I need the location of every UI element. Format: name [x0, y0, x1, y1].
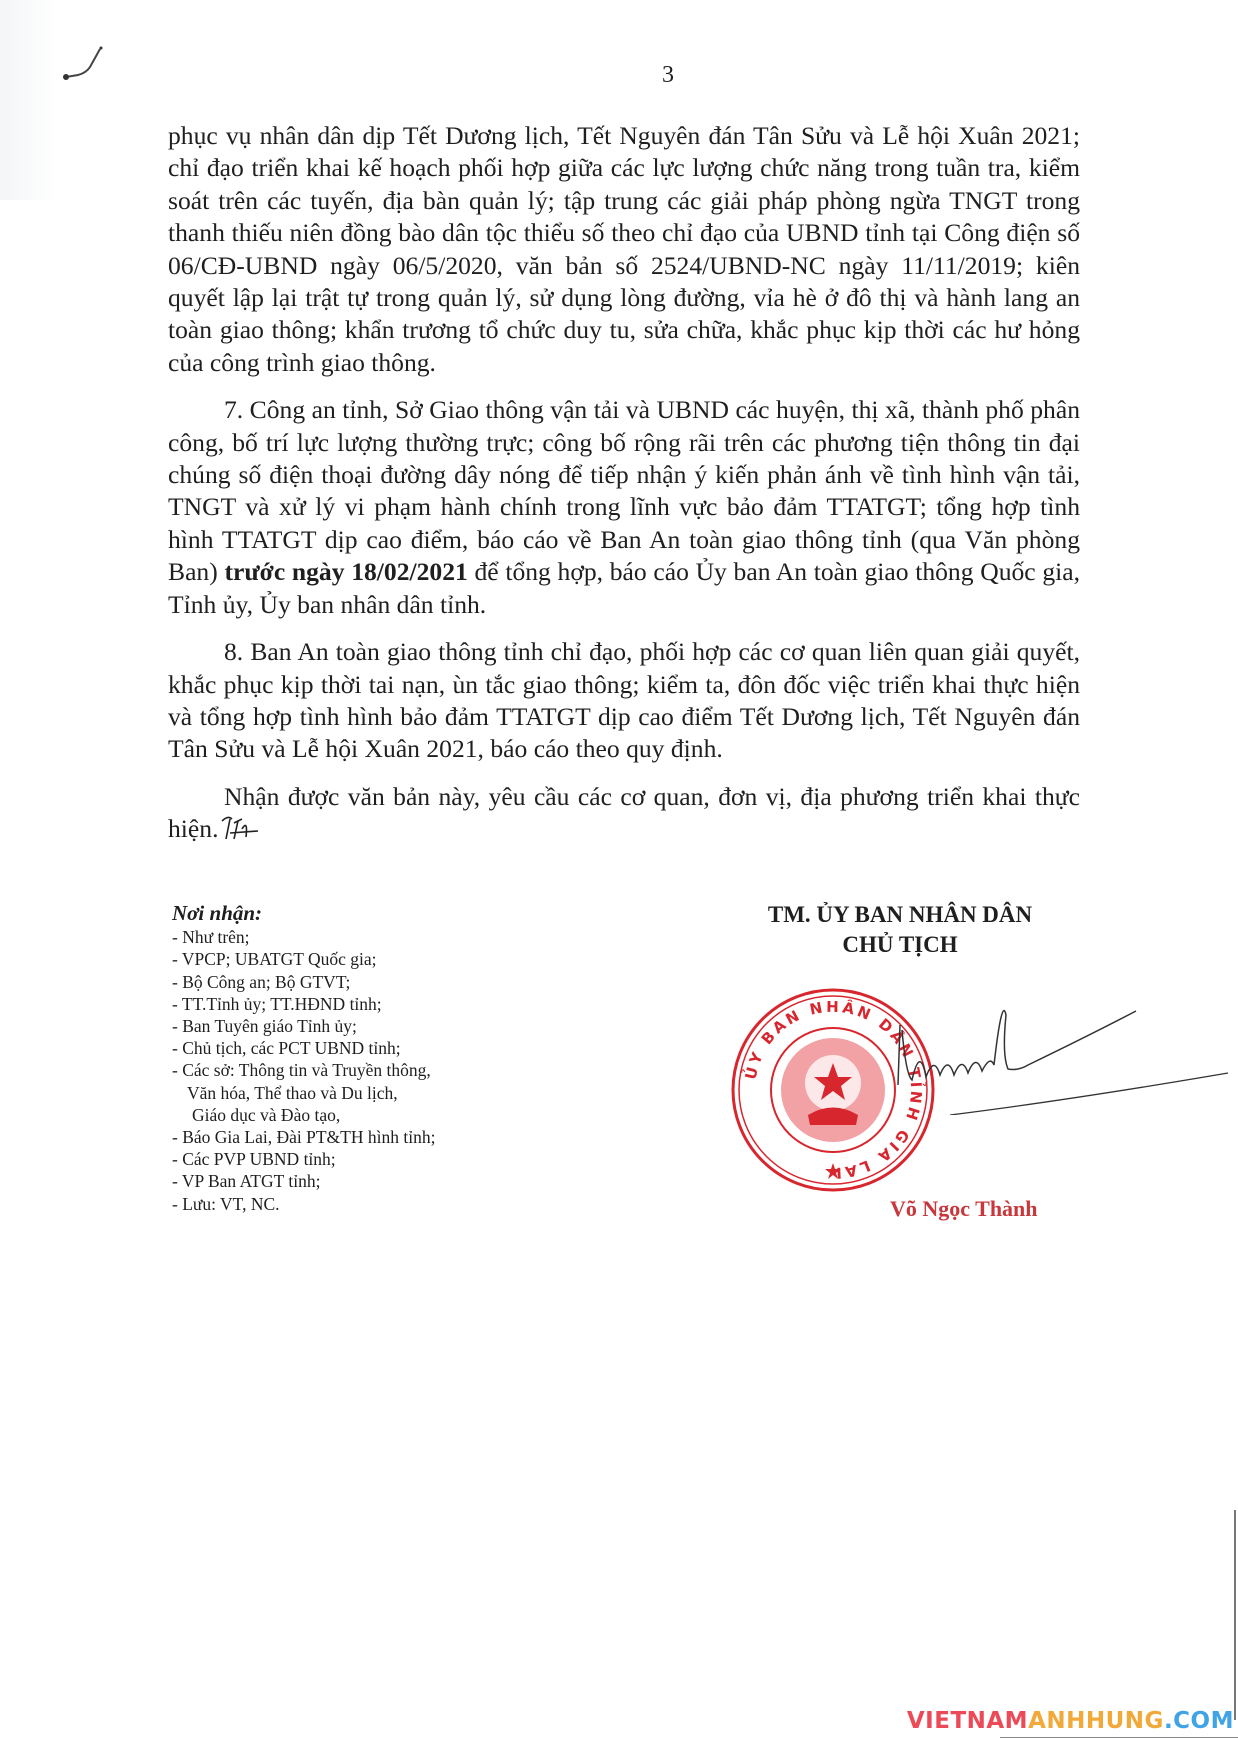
document-body: phục vụ nhân dân dịp Tết Dương lịch, Tết…	[168, 120, 1080, 846]
scan-edge	[1234, 1510, 1236, 1720]
paragraph-7: 7. Công an tỉnh, Sở Giao thông vận tải v…	[168, 394, 1080, 621]
signer-title: CHỦ TỊCH	[690, 930, 1110, 960]
recipient-item: - TT.Tỉnh ủy; TT.HĐND tỉnh;	[172, 993, 435, 1015]
paragraph-8: 8. Ban An toàn giao thông tỉnh chỉ đạo, …	[168, 636, 1080, 766]
scan-shadow	[0, 0, 60, 200]
recipients-title: Nơi nhận:	[172, 902, 435, 924]
recipient-item-continued: Văn hóa, Thể thao và Du lịch,	[172, 1082, 435, 1104]
recipient-item: - Ban Tuyên giáo Tỉnh ủy;	[172, 1015, 435, 1037]
scan-edge	[1000, 1737, 1238, 1738]
recipient-item: - Báo Gia Lai, Đài PT&TH hình tỉnh;	[172, 1126, 435, 1148]
recipients-list: Nơi nhận: - Như trên; - VPCP; UBATGT Quố…	[172, 902, 435, 1215]
paragraph-continued: phục vụ nhân dân dịp Tết Dương lịch, Tết…	[168, 120, 1080, 379]
recipient-item: - Như trên;	[172, 926, 435, 948]
page-number: 3	[662, 62, 674, 89]
deadline-date: trước ngày 18/02/2021	[224, 557, 467, 586]
site-watermark: VIETNAMANHHUNG.COM	[907, 1708, 1234, 1734]
signature-block: TM. ỦY BAN NHÂN DÂN CHỦ TỊCH	[690, 900, 1110, 960]
initials-icon	[220, 815, 260, 841]
recipient-item: - VPCP; UBATGT Quốc gia;	[172, 948, 435, 970]
recipient-item: - VP Ban ATGT tỉnh;	[172, 1170, 435, 1192]
recipient-item: - Các sở: Thông tin và Truyền thông,	[172, 1059, 435, 1081]
signer-name: Võ Ngọc Thành	[890, 1196, 1038, 1222]
handwritten-signature	[890, 1005, 1230, 1115]
closing-paragraph: Nhận được văn bản này, yêu cầu các cơ qu…	[168, 781, 1080, 846]
recipient-item: - Chủ tịch, các PCT UBND tỉnh;	[172, 1037, 435, 1059]
recipient-item: - Bộ Công an; Bộ GTVT;	[172, 971, 435, 993]
recipient-item: - Lưu: VT, NC.	[172, 1193, 435, 1215]
signer-organization: TM. ỦY BAN NHÂN DÂN	[690, 900, 1110, 930]
recipient-item-continued: Giáo dục và Đào tạo,	[172, 1104, 435, 1126]
recipient-item: - Các PVP UBND tỉnh;	[172, 1148, 435, 1170]
pen-mark-icon	[60, 45, 110, 85]
